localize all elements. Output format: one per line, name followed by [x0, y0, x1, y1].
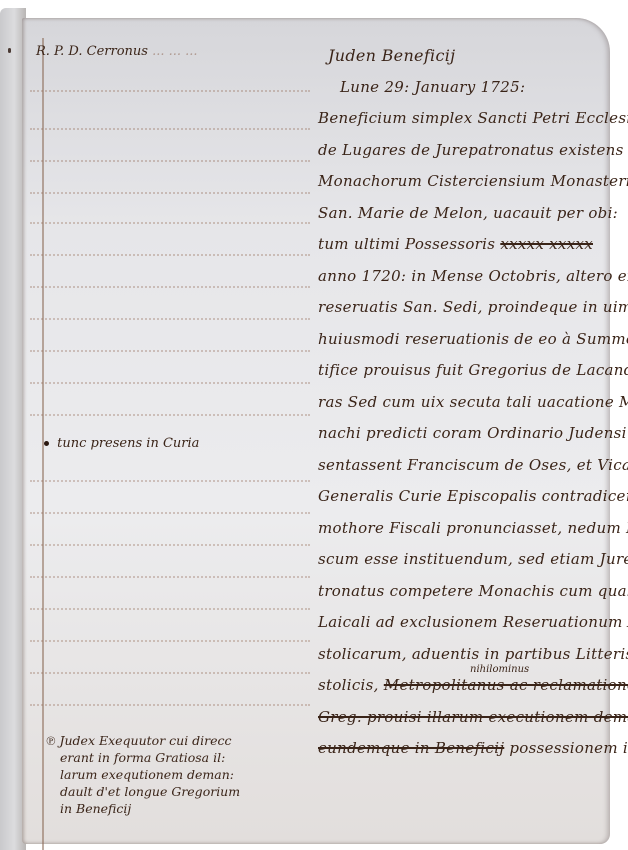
- text-line: nachi predicti coram Ordinario Judensi p…: [318, 418, 608, 450]
- text-line: tronatus competere Monachis cum qualita: [318, 576, 608, 608]
- main-text-column: Juden Beneficij Lune 29: January 1725: B…: [318, 40, 608, 765]
- text-line: eundemque in Beneficij possessionem immi…: [318, 733, 608, 765]
- note-line: ℗ Judex Exequutor cui direcc: [46, 732, 240, 749]
- text-line: Monachorum Cisterciensium Monasterij: [318, 166, 608, 198]
- struck-text: xxxxx xxxxx: [500, 235, 593, 253]
- left-header-text: R. P. D. Cerronus: [36, 44, 148, 59]
- text-line: huiusmodi reseruationis de eo à Summo Po…: [318, 324, 608, 356]
- note-line: erant in forma Gratiosa il:: [46, 749, 240, 766]
- text-line: scum esse instituendum, sed etiam Jurepa: [318, 544, 608, 576]
- ink-blot-icon: [44, 441, 49, 446]
- interlinear-insert: nihilominus: [470, 664, 529, 675]
- text-line: de Lugares de Jurepatronatus existens: [318, 135, 608, 167]
- bottom-left-note: ℗ Judex Exequutor cui direcc erant in fo…: [46, 732, 240, 817]
- struck-text: Greg. prouisi illarum executionem demand…: [318, 708, 628, 726]
- text-line: Beneficium simplex Sancti Petri Ecclesie: [318, 103, 608, 135]
- text-line: ras Sed cum uix secuta tali uacatione Mo…: [318, 387, 608, 419]
- text-line: anno 1720: in Mense Octobris, altero ex: [318, 261, 608, 293]
- date-line: Lune 29: January 1725:: [318, 72, 608, 104]
- margin-note-text: tunc presens in Curia: [57, 436, 199, 451]
- left-header-faded: ... ... ...: [152, 44, 197, 59]
- left-header: R. P. D. Cerronus ... ... ...: [36, 44, 198, 59]
- text-line: tum ultimi Possessoris xxxxx xxxxx: [318, 229, 608, 261]
- text-line: stolicis, Metropolitanus ac reclamatione…: [318, 670, 608, 702]
- note-line: in Beneficij: [46, 800, 240, 817]
- text-line: reseruatis San. Sedi, proindeque in uim: [318, 292, 608, 324]
- text-line: Laicali ad exclusionem Reseruationum Apo…: [318, 607, 608, 639]
- text-line: sentassent Franciscum de Oses, et Vicari…: [318, 450, 608, 482]
- text-line: tifice prouisus fuit Gregorius de Lacand…: [318, 355, 608, 387]
- ink-mark: [8, 48, 11, 53]
- text-line: mothore Fiscali pronunciasset, nedum Fra…: [318, 513, 608, 545]
- note-line: larum exequtionem deman:: [46, 766, 240, 783]
- heading: Juden Beneficij: [318, 40, 608, 72]
- struck-text: eundemque in Beneficij: [318, 739, 504, 757]
- text-line: Greg. prouisi illarum executionem demand…: [318, 702, 608, 734]
- text-line: San. Marie de Melon, uacauit per obi:: [318, 198, 608, 230]
- text-line: Generalis Curie Episcopalis contradicent…: [318, 481, 608, 513]
- margin-note: tunc presens in Curia: [44, 436, 199, 451]
- struck-text: Metropolitanus ac reclamationem: [384, 676, 628, 694]
- note-line: dault d'et longue Gregorium: [46, 783, 240, 800]
- text-line: stolicarum, aduentis in partibus Litteri…: [318, 639, 608, 671]
